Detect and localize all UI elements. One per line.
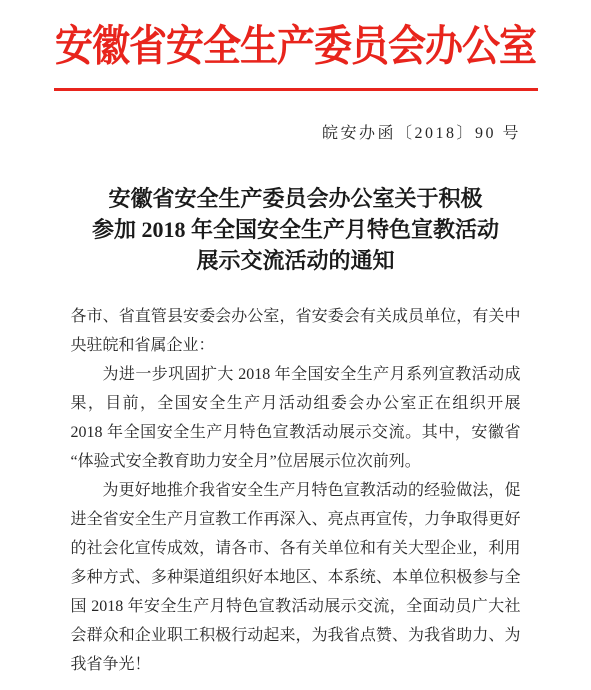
title-line-3: 展示交流活动的通知 [0,245,591,276]
salutation: 各市、省直管县安委会办公室，省安委会有关成员单位，有关中央驻皖和省属企业： [71,302,521,360]
title-line-1: 安徽省安全生产委员会办公室关于积极 [0,183,591,214]
document-number: 皖安办函〔2018〕90 号 [0,123,591,145]
document-page: 安徽省安全生产委员会办公室 皖安办函〔2018〕90 号 安徽省安全生产委员会办… [0,0,591,690]
title-line-2: 参加 2018 年全国安全生产月特色宣教活动 [0,214,591,245]
document-title: 安徽省安全生产委员会办公室关于积极 参加 2018 年全国安全生产月特色宣教活动… [0,183,591,276]
letterhead: 安徽省安全生产委员会办公室 [0,22,591,91]
body-paragraph-1: 为进一步巩固扩大 2018 年全国安全生产月系列宣教活动成果，目前，全国安全生产… [71,360,521,476]
document-body: 各市、省直管县安委会办公室，省安委会有关成员单位，有关中央驻皖和省属企业： 为进… [71,302,521,679]
agency-name: 安徽省安全生产委员会办公室 [55,19,536,75]
body-paragraph-2: 为更好地推介我省安全生产月特色宣教活动的经验做法，促进全省安全生产月宣教工作再深… [71,476,521,679]
letterhead-rule [54,88,538,91]
